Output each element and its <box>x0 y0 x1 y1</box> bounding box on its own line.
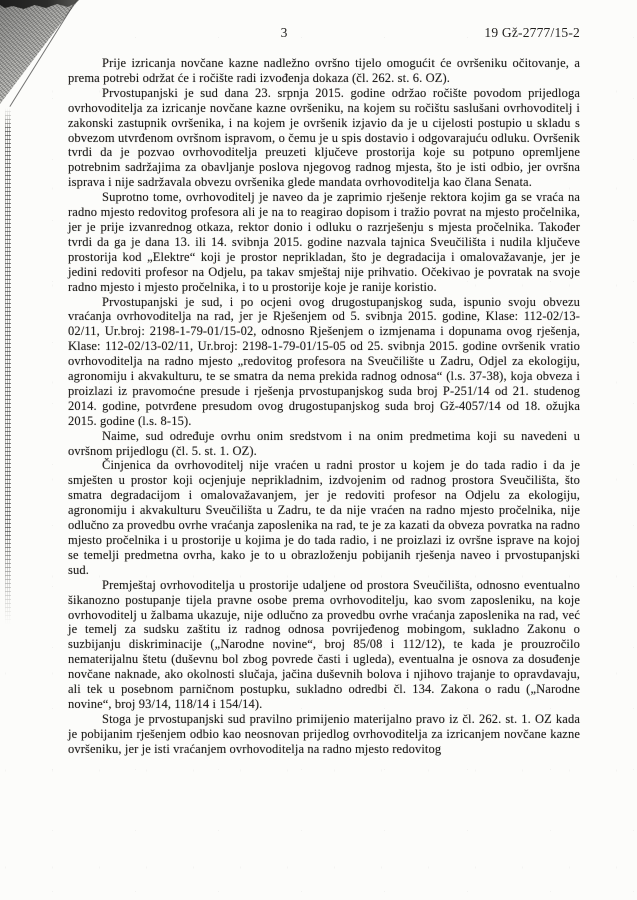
scanned-court-document-page: 3 19 Gž-2777/15-2 Prije izricanja novčan… <box>0 0 637 900</box>
paragraph-4: Prvostupanjski je sud, i po ocjeni ovog … <box>68 295 580 429</box>
paragraph-3: Suprotno tome, ovrhovoditelj je naveo da… <box>68 190 580 294</box>
paragraph-2: Prvostupanjski je sud dana 23. srpnja 20… <box>68 86 580 190</box>
page-header: 3 19 Gž-2777/15-2 <box>68 25 580 42</box>
paragraph-8: Stoga je prvostupanjski sud pravilno pri… <box>68 712 580 757</box>
paragraph-5: Naime, sud određuje ovrhu onim sredstvom… <box>68 429 580 459</box>
paragraph-7: Premještaj ovrhovoditelja u prostorije u… <box>68 578 580 712</box>
paragraph-6: Činjenica da ovrhovoditelj nije vraćen u… <box>68 458 580 577</box>
case-reference: 19 Gž-2777/15-2 <box>484 25 580 41</box>
scan-artifact-left-edge-band <box>5 108 11 624</box>
page-number: 3 <box>68 25 500 41</box>
document-body: Prije izricanja novčane kazne nadležno o… <box>68 56 580 757</box>
paragraph-1: Prije izricanja novčane kazne nadležno o… <box>68 56 580 86</box>
